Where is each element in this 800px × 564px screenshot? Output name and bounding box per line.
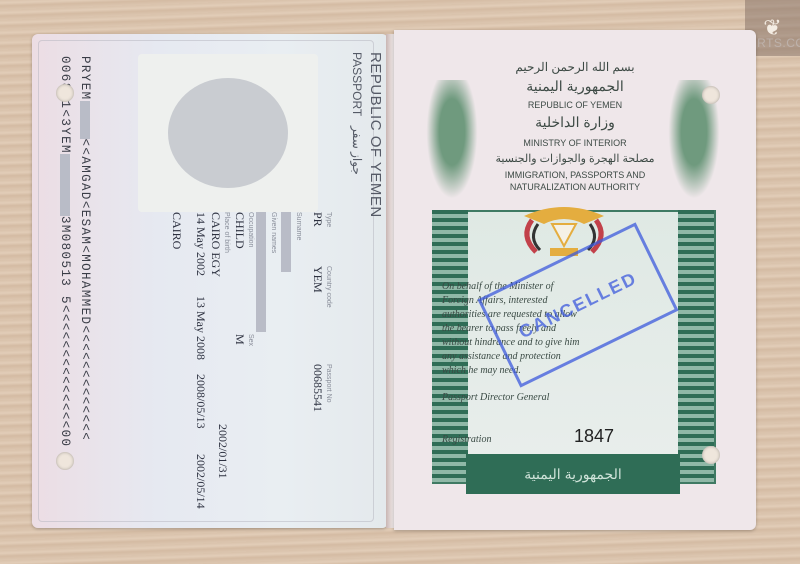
field-value: YEM — [310, 266, 325, 308]
ministry-ar: وزارة الداخلية — [394, 114, 756, 131]
mrz-segment: 1<3YEM — [58, 101, 72, 154]
field-value: PR — [310, 212, 325, 227]
redacted-value — [80, 101, 90, 139]
field-value: 13 May 2008 — [193, 296, 208, 360]
punch-hole — [702, 446, 720, 464]
field-value: CHILD — [232, 212, 247, 249]
signature-label: Passport Director General — [442, 392, 549, 403]
field-value: 2008/05/13 — [193, 374, 208, 429]
field-label: Place of birth — [223, 212, 230, 277]
footer-band: الجمهورية اليمنية — [466, 454, 680, 494]
field-value: 00685541 — [310, 364, 325, 412]
mrz-line-1: PRYEM<<AMGAD<ESAM<MOHAMMED<<<<<<<<<<<<< — [78, 56, 92, 441]
punch-hole — [56, 452, 74, 470]
header-title: REPUBLIC OF YEMEN — [367, 52, 384, 218]
registration-number: 1847 — [574, 426, 614, 447]
field-surname: Surname — [277, 212, 302, 272]
mrz-segment: 3M080513 5<<<<<<<<<<<<<<00 — [58, 216, 72, 447]
field-value: 2002/01/31 — [215, 424, 230, 479]
punch-hole — [56, 84, 74, 102]
passport-data-page: REPUBLIC OF YEMEN PASSPORT جواز سفر Type… — [32, 34, 388, 528]
authority-en-line-1: IMMIGRATION, PASSPORTS AND — [394, 170, 756, 180]
basmala: بسم الله الرحمن الرحيم — [394, 60, 756, 74]
field-place-of-birth: Place of birth CAIRO EGY — [208, 212, 230, 277]
field-date-of-expiry-numeric: 2008/05/13 — [193, 374, 208, 429]
field-value: M — [232, 334, 247, 346]
redacted-value — [60, 154, 70, 216]
mrz-line-2: 006851<3YEM3M080513 5<<<<<<<<<<<<<<00 — [58, 56, 72, 447]
field-value: 2002/05/14 — [193, 454, 208, 509]
field-label: Given names — [270, 212, 277, 332]
field-label: Country code — [325, 266, 332, 308]
punch-hole — [702, 86, 720, 104]
holder-photo-placeholder — [138, 54, 318, 212]
field-given-names: Given names — [252, 212, 277, 332]
field-value: CAIRO — [169, 212, 184, 249]
field-sex: Sex M — [232, 334, 254, 346]
field-place-of-issue: CAIRO — [169, 212, 184, 249]
header-subtitle-en: PASSPORT — [350, 52, 364, 116]
passport-spine — [386, 34, 394, 528]
field-label: Type — [325, 212, 332, 227]
field-passport-no: Passport No 00685541 — [310, 364, 332, 412]
field-label: Occupation — [247, 212, 254, 249]
ministry-en: MINISTRY OF INTERIOR — [394, 138, 756, 148]
republic-en: REPUBLIC OF YEMEN — [394, 100, 756, 110]
field-type: Type PR — [310, 212, 332, 227]
field-label: Passport No — [325, 364, 332, 412]
photo-placeholder-shape — [168, 78, 288, 188]
ornamental-column-right — [678, 210, 714, 482]
redacted-value — [256, 212, 266, 332]
passport-request-page: بسم الله الرحمن الرحيم الجمهورية اليمنية… — [394, 30, 756, 530]
field-country-code: Country code YEM — [310, 266, 332, 308]
registration-label: Registration — [442, 434, 491, 445]
field-occupation: Occupation CHILD — [232, 212, 254, 249]
field-label: Surname — [295, 212, 302, 272]
field-date-of-issue: 14 May 2002 — [193, 212, 208, 276]
field-label: Sex — [247, 334, 254, 346]
field-value: 14 May 2002 — [193, 212, 208, 276]
field-date-of-expiry: 13 May 2008 — [193, 296, 208, 360]
mrz-segment: PRYEM — [78, 56, 92, 101]
redacted-value — [281, 212, 291, 272]
header-subtitle-ar: جواز سفر — [350, 126, 364, 175]
header-subtitle: PASSPORT جواز سفر — [350, 52, 364, 175]
field-value: CAIRO EGY — [208, 212, 223, 277]
field-date-of-birth: 2002/01/31 — [215, 424, 230, 479]
authority-en-line-2: NATURALIZATION AUTHORITY — [394, 182, 756, 192]
field-date-of-issue-numeric: 2002/05/14 — [193, 454, 208, 509]
mrz-segment: <<AMGAD<ESAM<MOHAMMED<<<<<<<<<<<<< — [78, 139, 92, 442]
authority-ar: مصلحة الهجرة والجوازات والجنسية — [394, 152, 756, 165]
